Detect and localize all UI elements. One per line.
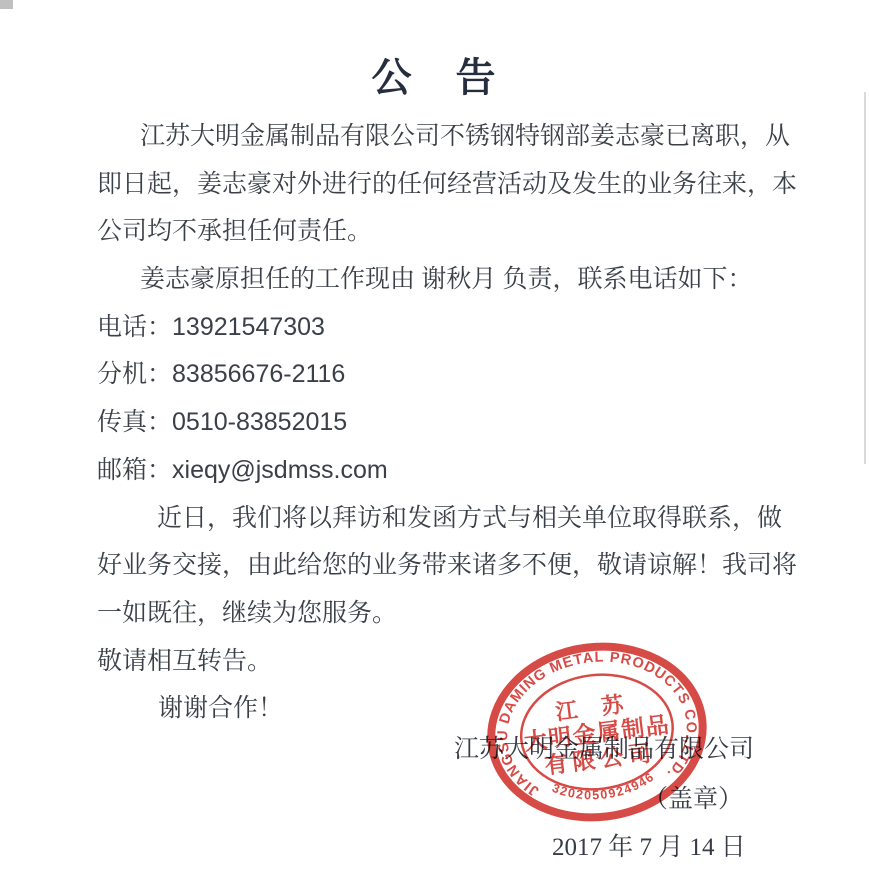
phone-label: 电话： bbox=[97, 314, 172, 341]
contact-row-extension: 分机：83856676-2116 bbox=[97, 351, 772, 399]
paragraph1-line1: 江苏大明金属制品有限公司不锈钢特钢部姜志豪已离职，从 bbox=[97, 113, 772, 161]
scan-speck bbox=[0, 0, 13, 9]
paragraph1-line3: 公司均不承担任何责任。 bbox=[97, 208, 772, 256]
paragraph2-line2: 好业务交接，由此给您的业务带来诸多不便，敬请谅解！我司将 bbox=[97, 542, 772, 590]
scan-edge-line bbox=[864, 92, 866, 464]
announcement-page: 公 告 江苏大明金属制品有限公司不锈钢特钢部姜志豪已离职，从 即日起，姜志豪对外… bbox=[0, 0, 869, 894]
extension-value: 83856676-2116 bbox=[172, 360, 345, 388]
contact-row-fax: 传真：0510-83852015 bbox=[97, 399, 772, 447]
contact-row-phone: 电话：13921547303 bbox=[97, 304, 772, 352]
extension-label: 分机： bbox=[97, 361, 172, 388]
phone-value: 13921547303 bbox=[172, 313, 325, 341]
page-title: 公 告 bbox=[0, 0, 869, 103]
handover-line: 姜志豪原担任的工作现由 谢秋月 负责，联系电话如下： bbox=[97, 256, 772, 304]
email-label: 邮箱： bbox=[97, 457, 172, 484]
company-seal-stamp-icon: JIANGSU DAMING METAL PRODUCTS CO.,LTD. 江… bbox=[466, 621, 728, 844]
paragraph1-line2: 即日起，姜志豪对外进行的任何经营活动及发生的业务往来，本 bbox=[97, 161, 772, 209]
fax-value: 0510-83852015 bbox=[172, 408, 347, 436]
contact-row-email: 邮箱：xieqy@jsdmss.com bbox=[97, 447, 772, 495]
seal-svg: JIANGSU DAMING METAL PRODUCTS CO.,LTD. 江… bbox=[466, 621, 728, 844]
fax-label: 传真： bbox=[97, 409, 172, 436]
email-value: xieqy@jsdmss.com bbox=[172, 456, 388, 484]
paragraph2-line1: 近日，我们将以拜访和发函方式与相关单位取得联系，做 bbox=[97, 495, 772, 543]
